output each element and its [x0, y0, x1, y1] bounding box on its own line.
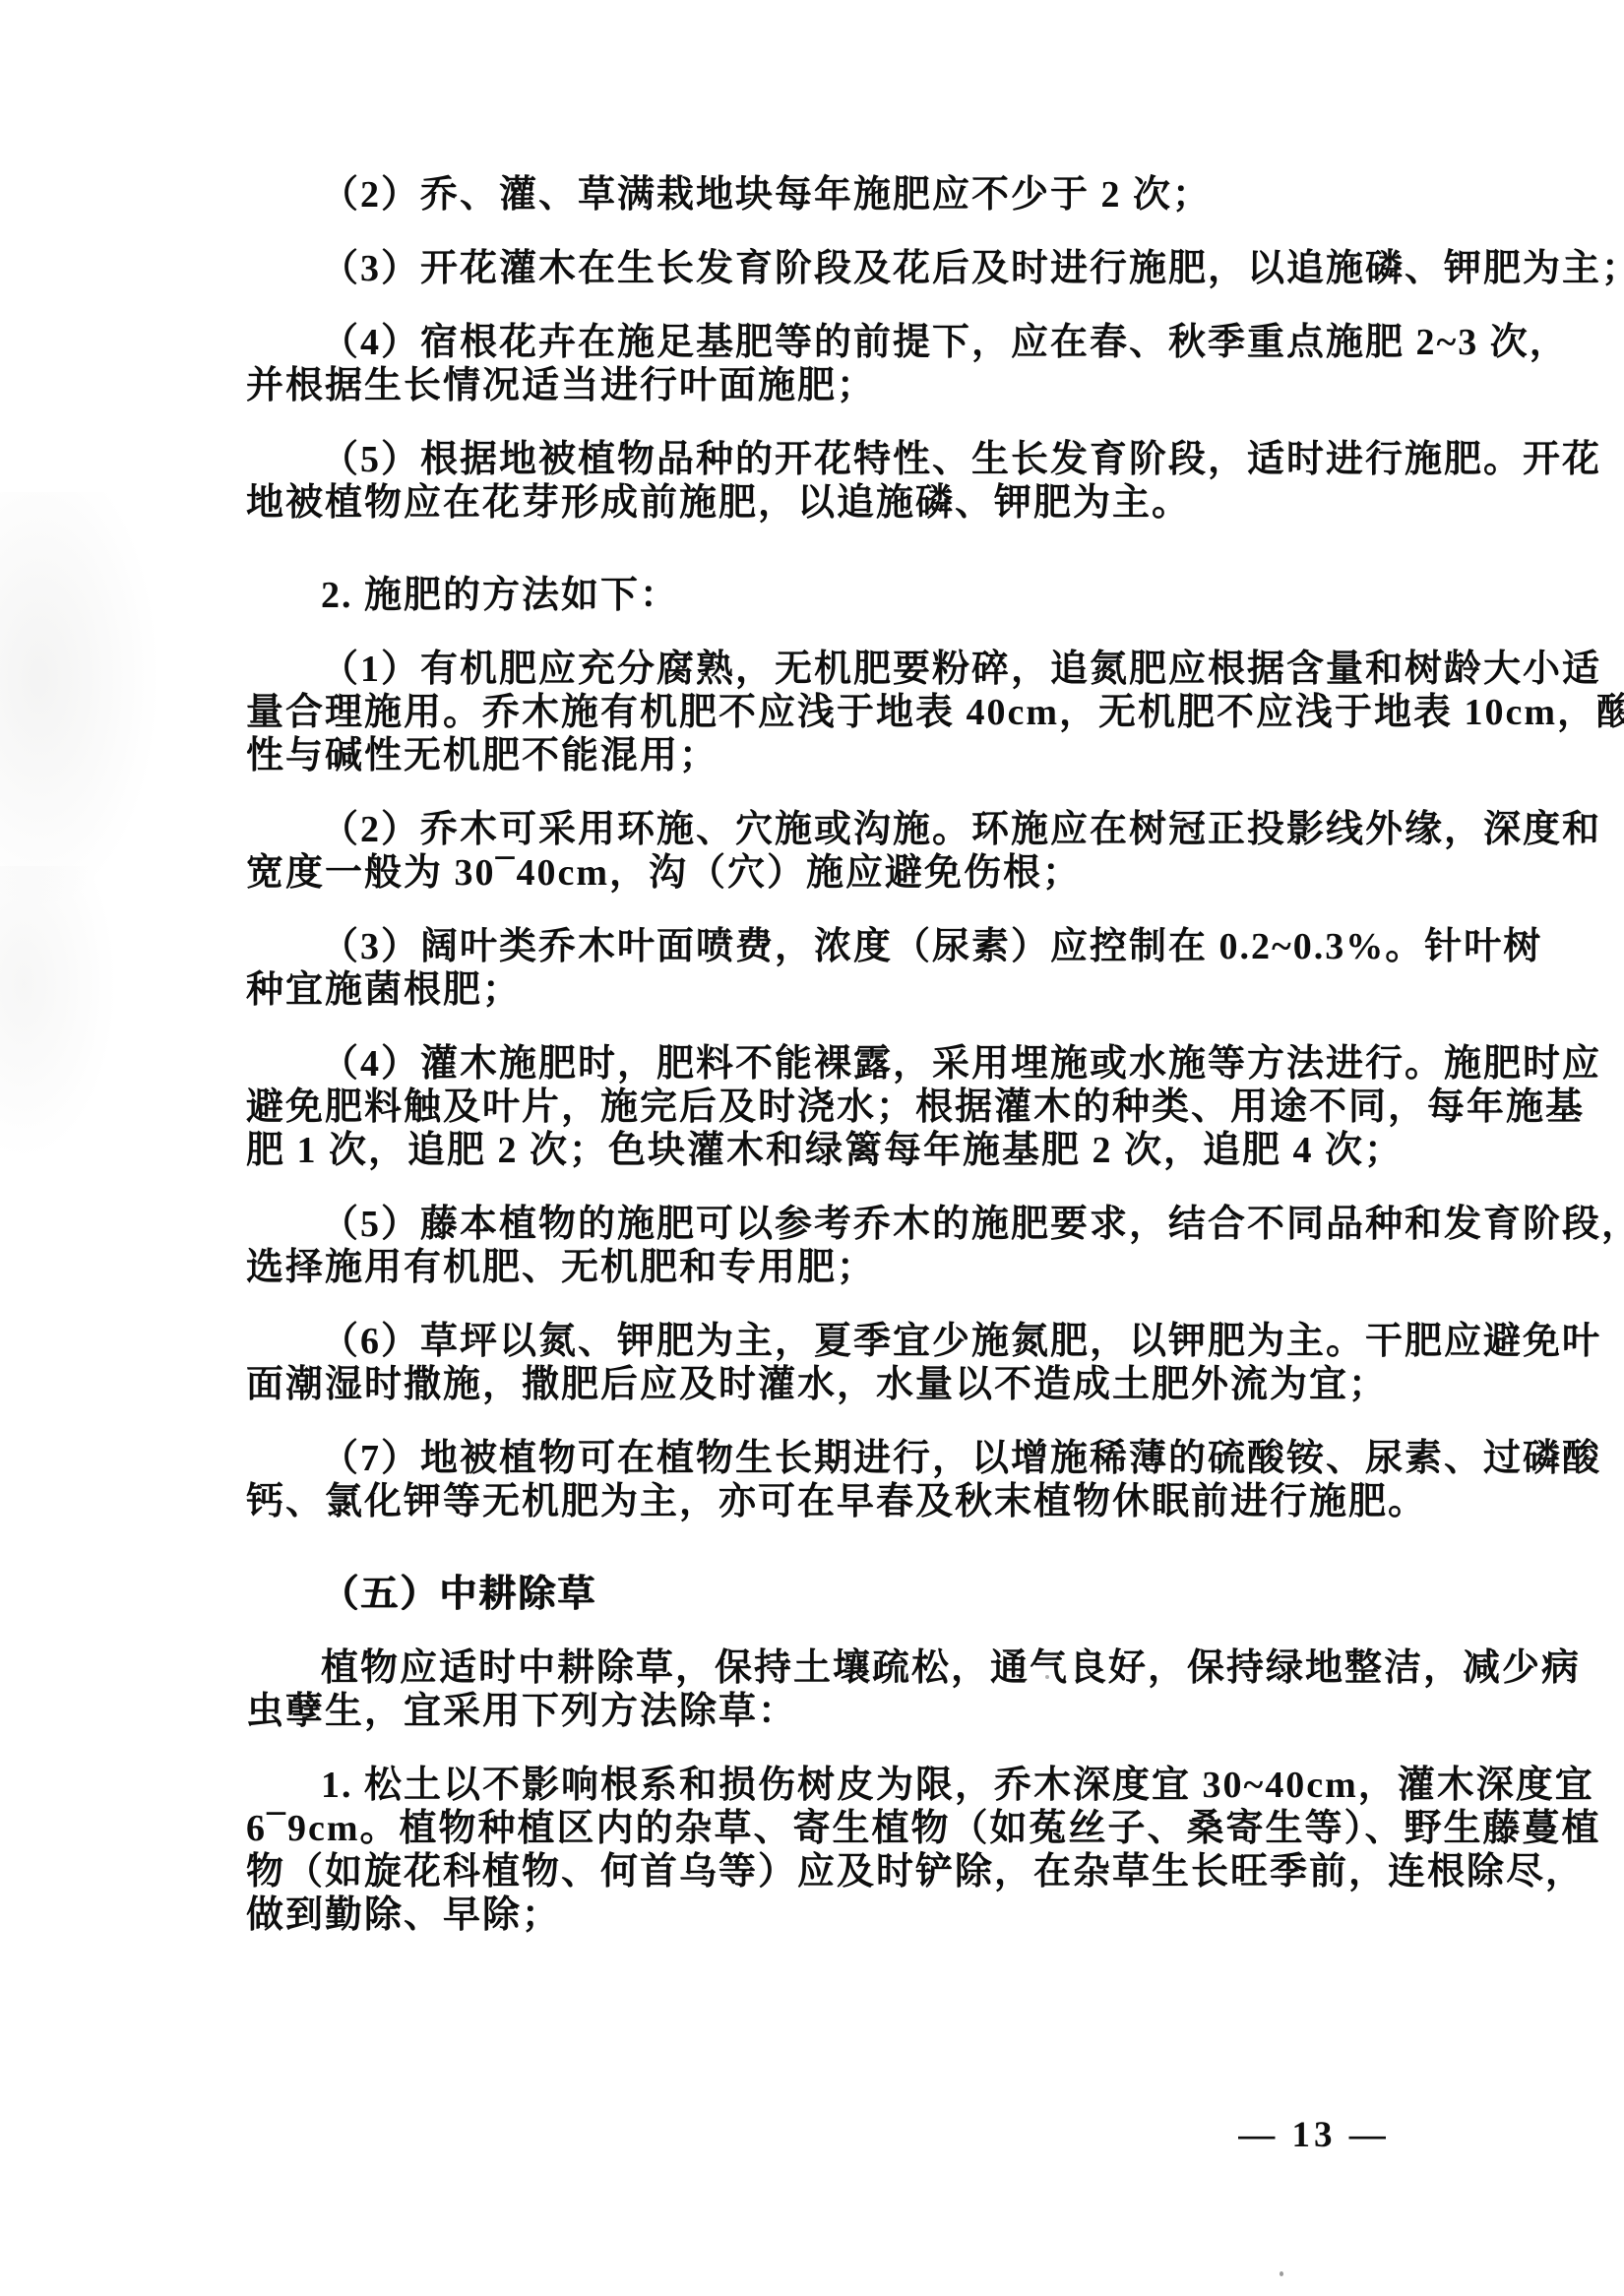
text-line: 地被植物应在花芽形成前施肥，以追施磷、钾肥为主。: [246, 481, 1390, 525]
text-line: （2）乔、灌、草满栽地块每年施肥应不少于 2 次；: [246, 173, 1390, 217]
text-line: 做到勤除、早除；: [246, 1893, 1390, 1937]
text-line: （1）有机肥应充分腐熟，无机肥要粉碎，追氮肥应根据含量和树龄大小适: [246, 648, 1390, 691]
text-line: 并根据生长情况适当进行叶面施肥；: [246, 364, 1390, 407]
text-line: 量合理施用。乔木施有机肥不应浅于地表 40cm，无机肥不应浅于地表 10cm，酸: [246, 691, 1390, 734]
text-line: （5）根据地被植物品种的开花特性、生长发育阶段，适时进行施肥。开花: [246, 438, 1390, 481]
section-heading: 2. 施肥的方法如下：: [246, 574, 1390, 617]
text-line: （3）开花灌木在生长发育阶段及花后及时进行施肥，以追施磷、钾肥为主；: [246, 247, 1390, 290]
scanned-document-page: （2）乔、灌、草满栽地块每年施肥应不少于 2 次；（3）开花灌木在生长发育阶段及…: [0, 0, 1624, 2296]
scan-smudge-artifact: [0, 866, 118, 1161]
text-line: 6¯9cm。植物种植区内的杂草、寄生植物（如菟丝子、桑寄生等）、野生藤蔓植: [246, 1807, 1390, 1850]
paragraph: （4）灌木施肥时，肥料不能裸露，采用埋施或水施等方法进行。施肥时应避免肥料触及叶…: [246, 1042, 1390, 1172]
scan-speck-artifact: [1045, 1675, 1049, 1679]
text-line: 肥 1 次，追肥 2 次；色块灌木和绿篱每年施基肥 2 次，追肥 4 次；: [246, 1129, 1390, 1172]
paragraph: （2）乔木可采用环施、穴施或沟施。环施应在树冠正投影线外缘，深度和宽度一般为 3…: [246, 808, 1390, 895]
paragraph: （1）有机肥应充分腐熟，无机肥要粉碎，追氮肥应根据含量和树龄大小适量合理施用。乔…: [246, 648, 1390, 777]
paragraph: （5）根据地被植物品种的开花特性、生长发育阶段，适时进行施肥。开花地被植物应在花…: [246, 438, 1390, 525]
text-line: （4）宿根花卉在施足基肥等的前提下，应在春、秋季重点施肥 2~3 次，: [246, 321, 1390, 364]
paragraph: （6）草坪以氮、钾肥为主，夏季宜少施氮肥，以钾肥为主。干肥应避免叶面潮湿时撒施，…: [246, 1320, 1390, 1406]
paragraph: （2）乔、灌、草满栽地块每年施肥应不少于 2 次；: [246, 173, 1390, 217]
text-line: 性与碱性无机肥不能混用；: [246, 734, 1390, 777]
scan-smudge-artifact: [0, 492, 157, 905]
text-line: 种宜施菌根肥；: [246, 968, 1390, 1012]
text-line: 植物应适时中耕除草，保持土壤疏松，通气良好，保持绿地整洁，减少病: [246, 1646, 1390, 1690]
text-line: （五）中耕除草: [246, 1573, 1390, 1616]
paragraph: 1. 松土以不影响根系和损伤树皮为限，乔木深度宜 30~40cm，灌木深度宜6¯…: [246, 1764, 1390, 1937]
scan-speck-artifact: [1280, 2271, 1283, 2276]
text-line: （7）地被植物可在植物生长期进行，以增施稀薄的硫酸铵、尿素、过磷酸: [246, 1437, 1390, 1480]
text-line: 虫孽生，宜采用下列方法除草：: [246, 1690, 1390, 1733]
text-line: （3）阔叶类乔木叶面喷费，浓度（尿素）应控制在 0.2~0.3%。针叶树: [246, 925, 1390, 968]
text-line: 钙、氯化钾等无机肥为主，亦可在早春及秋末植物休眠前进行施肥。: [246, 1480, 1390, 1523]
paragraph: 植物应适时中耕除草，保持土壤疏松，通气良好，保持绿地整洁，减少病虫孽生，宜采用下…: [246, 1646, 1390, 1733]
text-line: （2）乔木可采用环施、穴施或沟施。环施应在树冠正投影线外缘，深度和: [246, 808, 1390, 851]
text-line: 避免肥料触及叶片，施完后及时浇水；根据灌木的种类、用途不同，每年施基: [246, 1086, 1390, 1129]
paragraph: （7）地被植物可在植物生长期进行，以增施稀薄的硫酸铵、尿素、过磷酸钙、氯化钾等无…: [246, 1437, 1390, 1523]
text-line: 面潮湿时撒施，撒肥后应及时灌水，水量以不造成土肥外流为宜；: [246, 1363, 1390, 1406]
text-line: （6）草坪以氮、钾肥为主，夏季宜少施氮肥，以钾肥为主。干肥应避免叶: [246, 1320, 1390, 1363]
text-line: 选择施用有机肥、无机肥和专用肥；: [246, 1246, 1390, 1289]
text-line: 2. 施肥的方法如下：: [246, 574, 1390, 617]
section-heading: （五）中耕除草: [246, 1573, 1390, 1616]
paragraph: （3）开花灌木在生长发育阶段及花后及时进行施肥，以追施磷、钾肥为主；: [246, 247, 1390, 290]
text-line: 宽度一般为 30¯40cm，沟（穴）施应避免伤根；: [246, 851, 1390, 895]
text-line: 1. 松土以不影响根系和损伤树皮为限，乔木深度宜 30~40cm，灌木深度宜: [246, 1764, 1390, 1807]
text-line: （4）灌木施肥时，肥料不能裸露，采用埋施或水施等方法进行。施肥时应: [246, 1042, 1390, 1086]
paragraph: （3）阔叶类乔木叶面喷费，浓度（尿素）应控制在 0.2~0.3%。针叶树种宜施菌…: [246, 925, 1390, 1012]
document-body: （2）乔、灌、草满栽地块每年施肥应不少于 2 次；（3）开花灌木在生长发育阶段及…: [246, 173, 1390, 1967]
paragraph: （5）藤本植物的施肥可以参考乔木的施肥要求，结合不同品种和发育阶段，选择施用有机…: [246, 1203, 1390, 1289]
text-line: 物（如旋花科植物、何首乌等）应及时铲除，在杂草生长旺季前，连根除尽，: [246, 1850, 1390, 1893]
paragraph: （4）宿根花卉在施足基肥等的前提下，应在春、秋季重点施肥 2~3 次，并根据生长…: [246, 321, 1390, 407]
text-line: （5）藤本植物的施肥可以参考乔木的施肥要求，结合不同品种和发育阶段，: [246, 1203, 1390, 1246]
page-number: — 13 —: [1216, 2114, 1412, 2156]
